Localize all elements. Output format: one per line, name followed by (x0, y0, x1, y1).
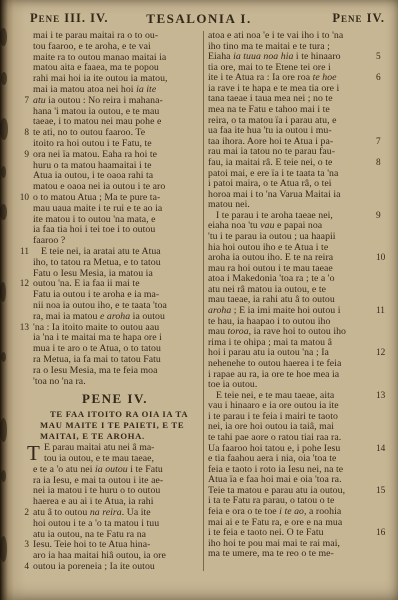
verse-number (372, 338, 394, 349)
chapter-heading: PENE IV. (14, 391, 202, 407)
text-line: nehenehe to outou haerea i te feia (208, 359, 372, 370)
verse-number (372, 169, 394, 180)
text-line: ora nei ïa matou. Eaha ra hoi te (33, 150, 157, 161)
verse-number (372, 433, 394, 444)
text-line: ma te umere, ma te reo o te me- (208, 549, 372, 560)
verse-number (372, 31, 394, 42)
verse-number: 9 (372, 211, 394, 222)
page-binding-edge (0, 0, 26, 600)
verse-number (372, 359, 394, 370)
verse-line: ma te umere, ma te reo o te me- (208, 549, 394, 560)
text-line: tou ia outou, e te mau taeae, (44, 454, 202, 465)
column-divider (203, 31, 204, 571)
left-column: mai i te parau maitai ra o to ou-tou faa… (14, 31, 202, 573)
verse-line: 4outou ia poreneia ; Ia ite outou (14, 562, 202, 573)
chapter-subheading-line: TE FAA ITOITO RA OIA IA TA (14, 409, 202, 420)
verse-line: tou faaroo, e te aroha, e te vai (14, 42, 202, 53)
verse-number (372, 126, 394, 137)
verse-number: 14 (372, 444, 394, 455)
verse-number (372, 274, 394, 285)
drop-cap-paragraph: TE parau maitai atu nei â ma-tou ia outo… (14, 443, 202, 465)
verse-number (372, 496, 394, 507)
verse-number: 5 (372, 52, 394, 63)
text-line: feia e ora o te toe i te ao, a roohia (208, 507, 372, 518)
verse-number (372, 84, 394, 95)
verse-line: fau, ia maitai râ. E teie nei, o te8 (208, 158, 394, 169)
verse-number: 16 (372, 528, 394, 539)
verse-number (372, 264, 394, 275)
header-right-chapter: Pene IV. (332, 11, 385, 26)
text-line: 'tu i te parau ia outou ; ua haapii (208, 232, 372, 243)
verse-line: ra o Iesu Mesia, ma te feia moa (14, 366, 202, 377)
chapter-subheading-line: MAU MAITE I TE PAIETI, E TE (14, 420, 202, 431)
verse-number (372, 94, 394, 105)
verse-number (372, 454, 394, 465)
verse-number (372, 295, 394, 306)
right-column: atoa e ati noa 'e i te vai iho i to 'nai… (208, 31, 394, 560)
verse-number (372, 549, 394, 560)
verse-number (372, 380, 394, 391)
verse-line: 'tu i te parau ia outou ; ua haapii (208, 232, 394, 243)
verse-number: 15 (372, 486, 394, 497)
verse-line: atoa e ati noa 'e i te vai iho i to 'na (208, 31, 394, 42)
verse-number (372, 243, 394, 254)
book-page: Pene III. IV. TESALONIA I. Pene IV. mai … (0, 0, 398, 600)
verse-number (372, 190, 394, 201)
verse-number (372, 475, 394, 486)
verse-number (372, 317, 394, 328)
verse-number: 7 (372, 137, 394, 148)
verse-number (372, 507, 394, 518)
verse-number: 10 (372, 253, 394, 264)
text-line: fau, ia maitai râ. E teie nei, o te (208, 158, 372, 169)
header-left-chapter: Pene III. IV. (30, 11, 109, 26)
verse-number (372, 370, 394, 381)
verse-number (372, 105, 394, 116)
verse-number (372, 327, 394, 338)
verse-line: feia e ora o te toe i te ao, a roohia (208, 507, 394, 518)
text-line: ra, mai ia matou e aroha ia outou (33, 312, 165, 323)
verse-line: nehenehe to outou haerea i te feia (208, 359, 394, 370)
verse-number: 6 (372, 73, 394, 84)
text-line: atoa e ati noa 'e i te vai iho i to 'na (208, 31, 372, 42)
text-line: ra o Iesu Mesia, ma te feia moa (33, 366, 158, 377)
text-line: te tahi pae aore o ratou tiai raa ra. (208, 433, 372, 444)
verse-number: 8 (372, 158, 394, 169)
drop-cap-letter: T (27, 443, 40, 464)
header-book-title: TESALONIA I. (146, 11, 251, 27)
verse-number (372, 42, 394, 53)
verse-number (372, 539, 394, 550)
verse-number (372, 285, 394, 296)
verse-number (372, 221, 394, 232)
verse-number (372, 412, 394, 423)
verse-number: 13 (372, 391, 394, 402)
text-line: tou faaroo, e te aroha, e te vai (33, 42, 151, 53)
verse-number (372, 518, 394, 529)
verse-number (372, 147, 394, 158)
verse-line: mau uaua maite i te rui e te ao ia (14, 204, 202, 215)
verse-number: 11 (372, 306, 394, 317)
verse-line: 'toa no 'na ra. (14, 377, 202, 388)
verse-line: ra, mai ia matou e aroha ia outou (14, 312, 202, 323)
text-line: iho, to tatou ra Metua, e to tatou (33, 258, 161, 269)
text-line: atu ia outou : No reira i mahana- (33, 96, 163, 107)
verse-number (372, 63, 394, 74)
text-line: outou ia poreneia ; Ia ite outou (33, 562, 155, 573)
verse-number (372, 116, 394, 127)
verse-number (372, 179, 394, 190)
verse-number (372, 422, 394, 433)
verse-number (372, 232, 394, 243)
verse-line: iho, to tatou ra Metua, e to tatou (14, 258, 202, 269)
verse-number: 12 (372, 348, 394, 359)
verse-number (372, 401, 394, 412)
page-header: Pene III. IV. TESALONIA I. Pene IV. (0, 11, 398, 27)
verse-number (372, 465, 394, 476)
verse-line: 9ora nei ïa matou. Eaha ra hoi te (14, 150, 202, 161)
verse-line: 7atu ia outou : No reira i mahana- (14, 96, 202, 107)
text-line: mau uaua maite i te rui e te ao ia (33, 204, 162, 215)
verse-line: te tahi pae aore o ratou tiai raa ra. (208, 433, 394, 444)
chapter-subheading-line: MAITAI, E TE AROHA. (14, 431, 202, 442)
text-line: 'toa no 'na ra. (33, 377, 86, 388)
verse-number (372, 200, 394, 211)
